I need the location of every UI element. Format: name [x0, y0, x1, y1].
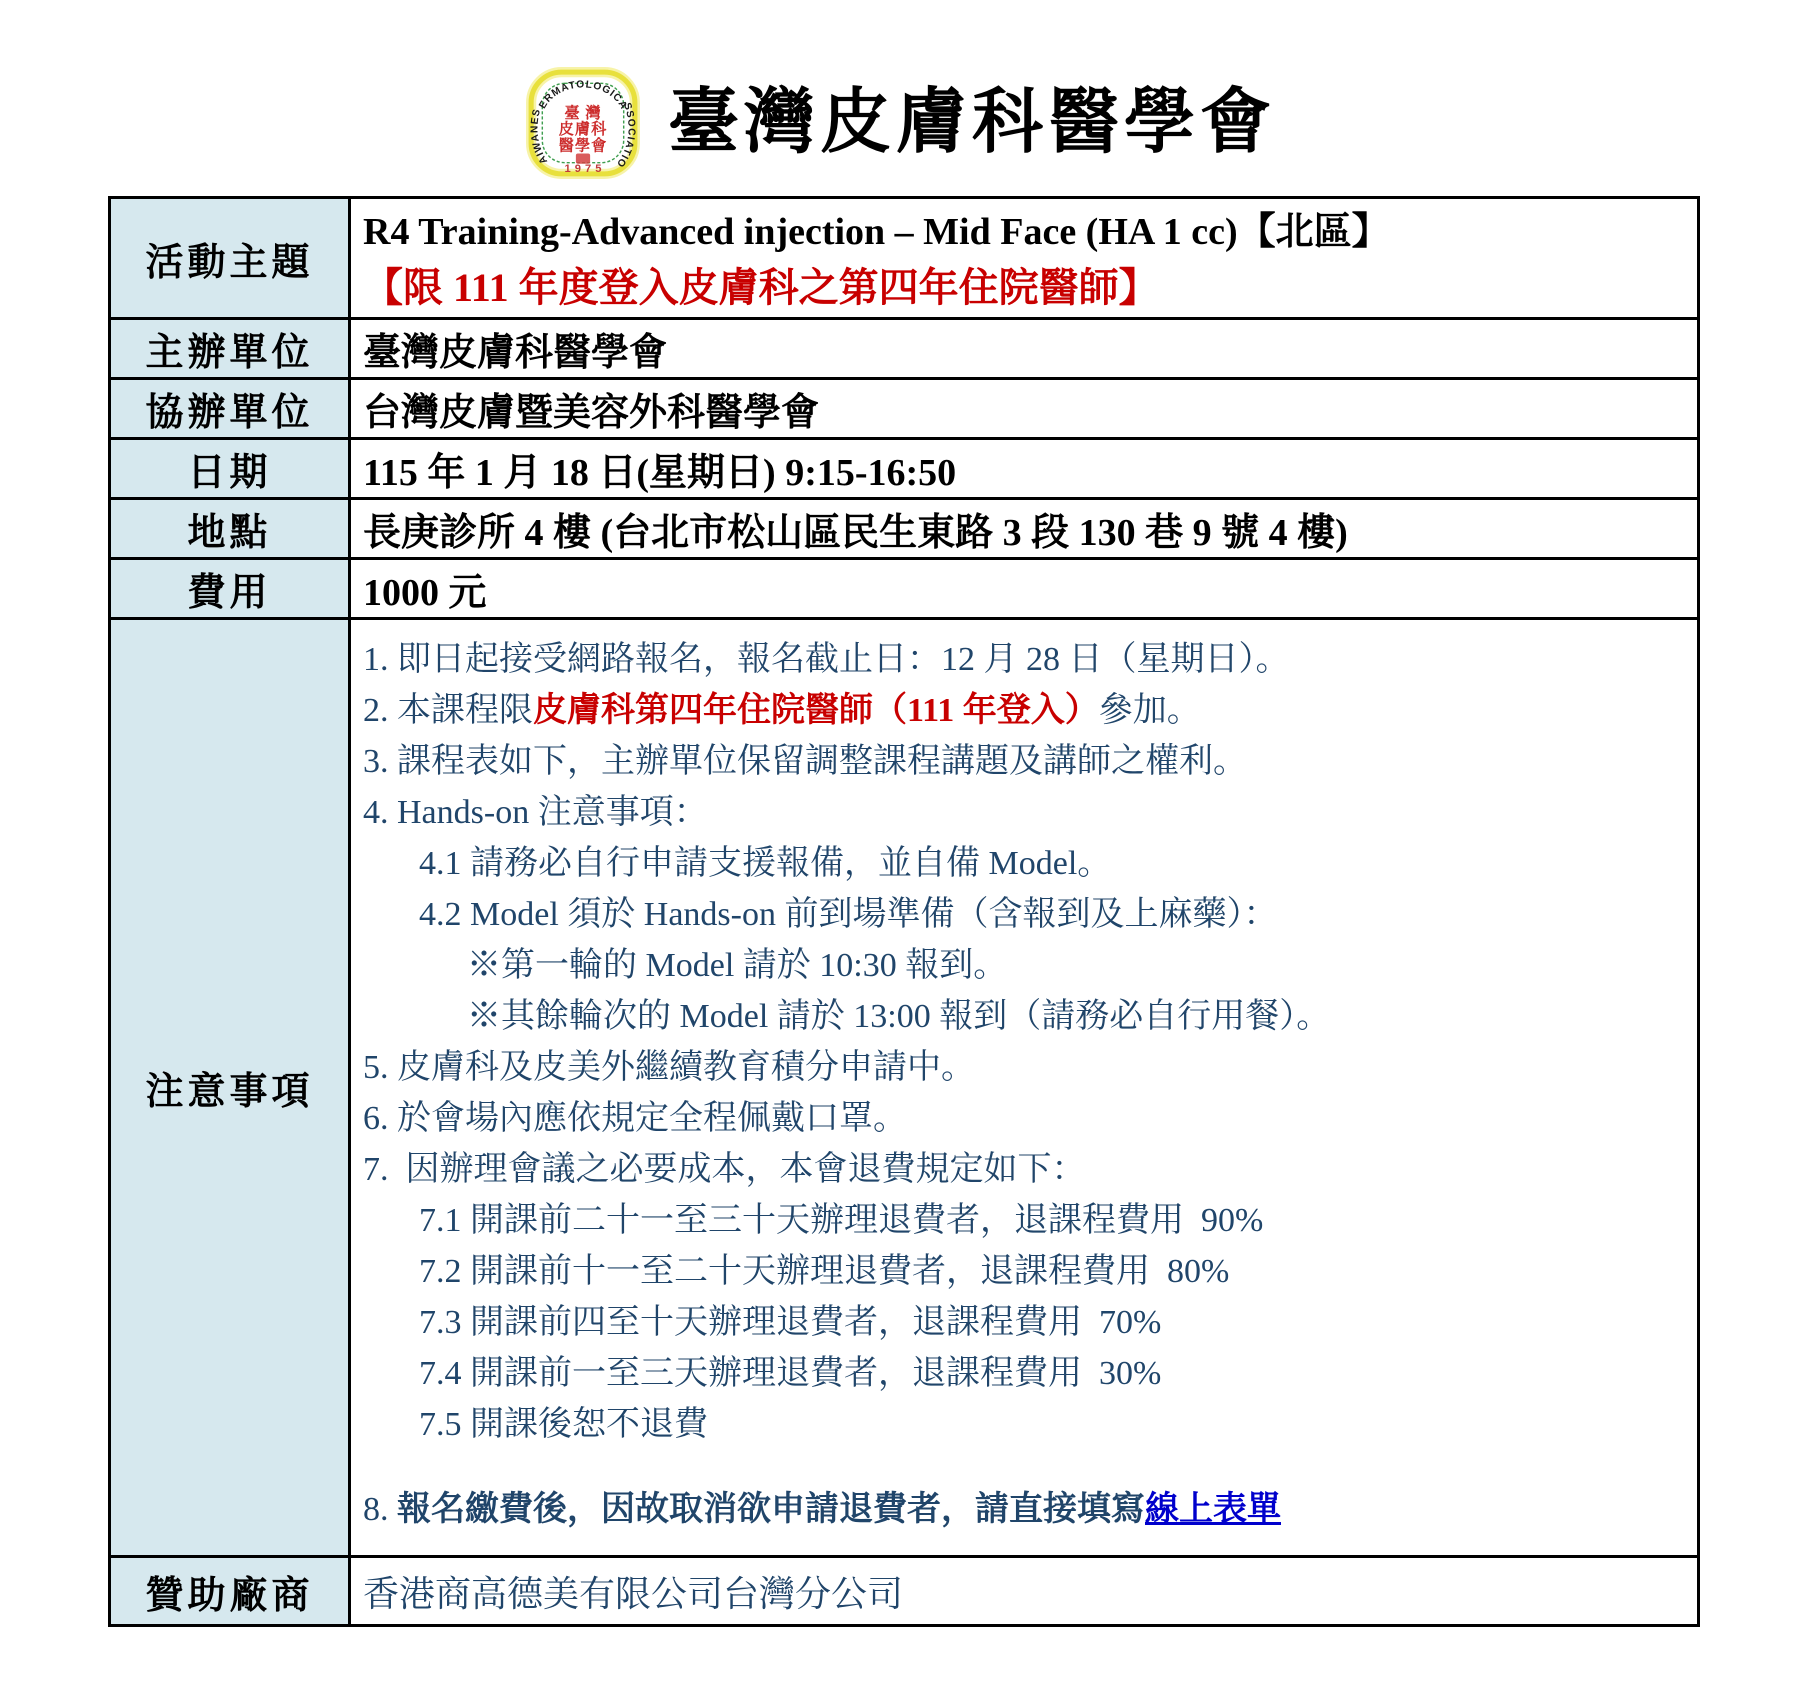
note-line-7-5: 7.5 開課後恕不退費: [363, 1399, 1691, 1450]
event-info-table: 活動主題 R4 Training-Advanced injection – Mi…: [108, 196, 1700, 1627]
event-title-restriction: 【限 111 年度登入皮膚科之第四年住院醫師】: [363, 260, 1696, 316]
note-line-2-highlight: 皮膚科第四年住院醫師（111 年登入）: [533, 692, 1099, 729]
row-label-sponsor: 贊助廠商: [110, 1557, 350, 1626]
logo-center-line2: 皮膚科: [559, 120, 608, 138]
sponsor-value: 香港商高德美有限公司台灣分公司: [350, 1557, 1699, 1626]
row-label-location: 地點: [110, 499, 350, 559]
row-coorganizer: 協辦單位 台灣皮膚暨美容外科醫學會: [110, 379, 1699, 439]
row-sponsor: 贊助廠商 香港商高德美有限公司台灣分公司: [110, 1557, 1699, 1626]
event-title-english: R4 Training-Advanced injection – Mid Fac…: [363, 200, 1696, 260]
note-line-3: 3. 課程表如下，主辦單位保留調整課程講題及講師之權利。: [363, 736, 1691, 787]
note-line-7-2: 7.2 開課前十一至二十天辦理退費者，退課程費用 80%: [363, 1246, 1691, 1297]
note-line-model-round1: ※第一輪的 Model 請於 10:30 報到。: [363, 940, 1691, 991]
association-logo: DERMATOLOGICAL ASSOCIATION TAIWANESE 臺 灣…: [524, 66, 642, 180]
row-label-date: 日期: [110, 439, 350, 499]
row-label-fee: 費用: [110, 559, 350, 619]
note-line-7-1: 7.1 開課前二十一至三十天辦理退費者，退課程費用 90%: [363, 1195, 1691, 1246]
row-topic: 活動主題 R4 Training-Advanced injection – Mi…: [110, 198, 1699, 319]
row-label-notes: 注意事項: [110, 619, 350, 1557]
logo-center-line3: 醫學會: [559, 136, 608, 154]
coorganizer-value: 台灣皮膚暨美容外科醫學會: [350, 379, 1699, 439]
location-value: 長庚診所 4 樓 (台北市松山區民生東路 3 段 130 巷 9 號 4 樓): [350, 499, 1699, 559]
row-location: 地點 長庚診所 4 樓 (台北市松山區民生東路 3 段 130 巷 9 號 4 …: [110, 499, 1699, 559]
row-label-topic: 活動主題: [110, 198, 350, 319]
document-page: DERMATOLOGICAL ASSOCIATION TAIWANESE 臺 灣…: [0, 0, 1800, 1687]
page-title: 臺灣皮膚科醫學會: [668, 84, 1276, 162]
row-label-organizer: 主辦單位: [110, 319, 350, 379]
note-line-7-4: 7.4 開課前一至三天辦理退費者，退課程費用 30%: [363, 1348, 1691, 1399]
note-line-model-other-rounds: ※其餘輪次的 Model 請於 13:00 報到（請務必自行用餐）。: [363, 991, 1691, 1042]
logo-center-line1: 臺 灣: [564, 104, 601, 122]
organizer-value: 臺灣皮膚科醫學會: [350, 319, 1699, 379]
note-line-4: 4. Hands-on 注意事項：: [363, 787, 1691, 838]
note-line-6: 6. 於會場內應依規定全程佩戴口罩。: [363, 1093, 1691, 1144]
note-line-4-1: 4.1 請務必自行申請支援報備，並自備 Model。: [363, 838, 1691, 889]
row-fee: 費用 1000 元: [110, 559, 1699, 619]
row-label-coorganizer: 協辦單位: [110, 379, 350, 439]
note-line-4-2: 4.2 Model 須於 Hands-on 前到場準備（含報到及上麻藥）：: [363, 889, 1691, 940]
date-value: 115 年 1 月 18 日(星期日) 9:15-16:50: [350, 439, 1699, 499]
row-organizer: 主辦單位 臺灣皮膚科醫學會: [110, 319, 1699, 379]
note-line-7: 7. 因辦理會議之必要成本，本會退費規定如下：: [363, 1144, 1691, 1195]
online-form-link[interactable]: 線上表單: [1145, 1491, 1281, 1528]
note-line-7-3: 7.3 開課前四至十天辦理退費者，退課程費用 70%: [363, 1297, 1691, 1348]
notes-content: 1. 即日起接受網路報名，報名截止日：12 月 28 日（星期日）。 2. 本課…: [350, 619, 1699, 1557]
note-line-1: 1. 即日起接受網路報名，報名截止日：12 月 28 日（星期日）。: [363, 634, 1691, 685]
header: DERMATOLOGICAL ASSOCIATION TAIWANESE 臺 灣…: [0, 66, 1800, 180]
note-line-2: 2. 本課程限皮膚科第四年住院醫師（111 年登入）參加。: [363, 685, 1691, 736]
row-notes: 注意事項 1. 即日起接受網路報名，報名截止日：12 月 28 日（星期日）。 …: [110, 619, 1699, 1557]
fee-value: 1000 元: [350, 559, 1699, 619]
row-date: 日期 115 年 1 月 18 日(星期日) 9:15-16:50: [110, 439, 1699, 499]
note-line-8: 8. 報名繳費後，因故取消欲申請退費者，請直接填寫線上表單: [363, 1484, 1691, 1535]
note-line-5: 5. 皮膚科及皮美外繼續教育積分申請中。: [363, 1042, 1691, 1093]
logo-year: 1975: [564, 163, 605, 175]
